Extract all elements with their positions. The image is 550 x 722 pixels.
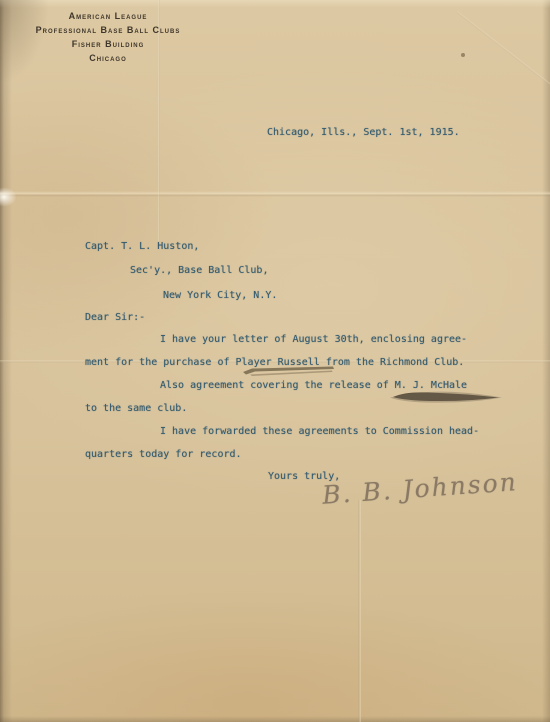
pencil-underline-player-russell-second-stroke (250, 371, 333, 377)
pencil-underline-mchale-halo (390, 392, 502, 403)
pencil-annotation-marks (0, 0, 550, 722)
letter-document: American League Professional Base Ball C… (0, 0, 550, 722)
